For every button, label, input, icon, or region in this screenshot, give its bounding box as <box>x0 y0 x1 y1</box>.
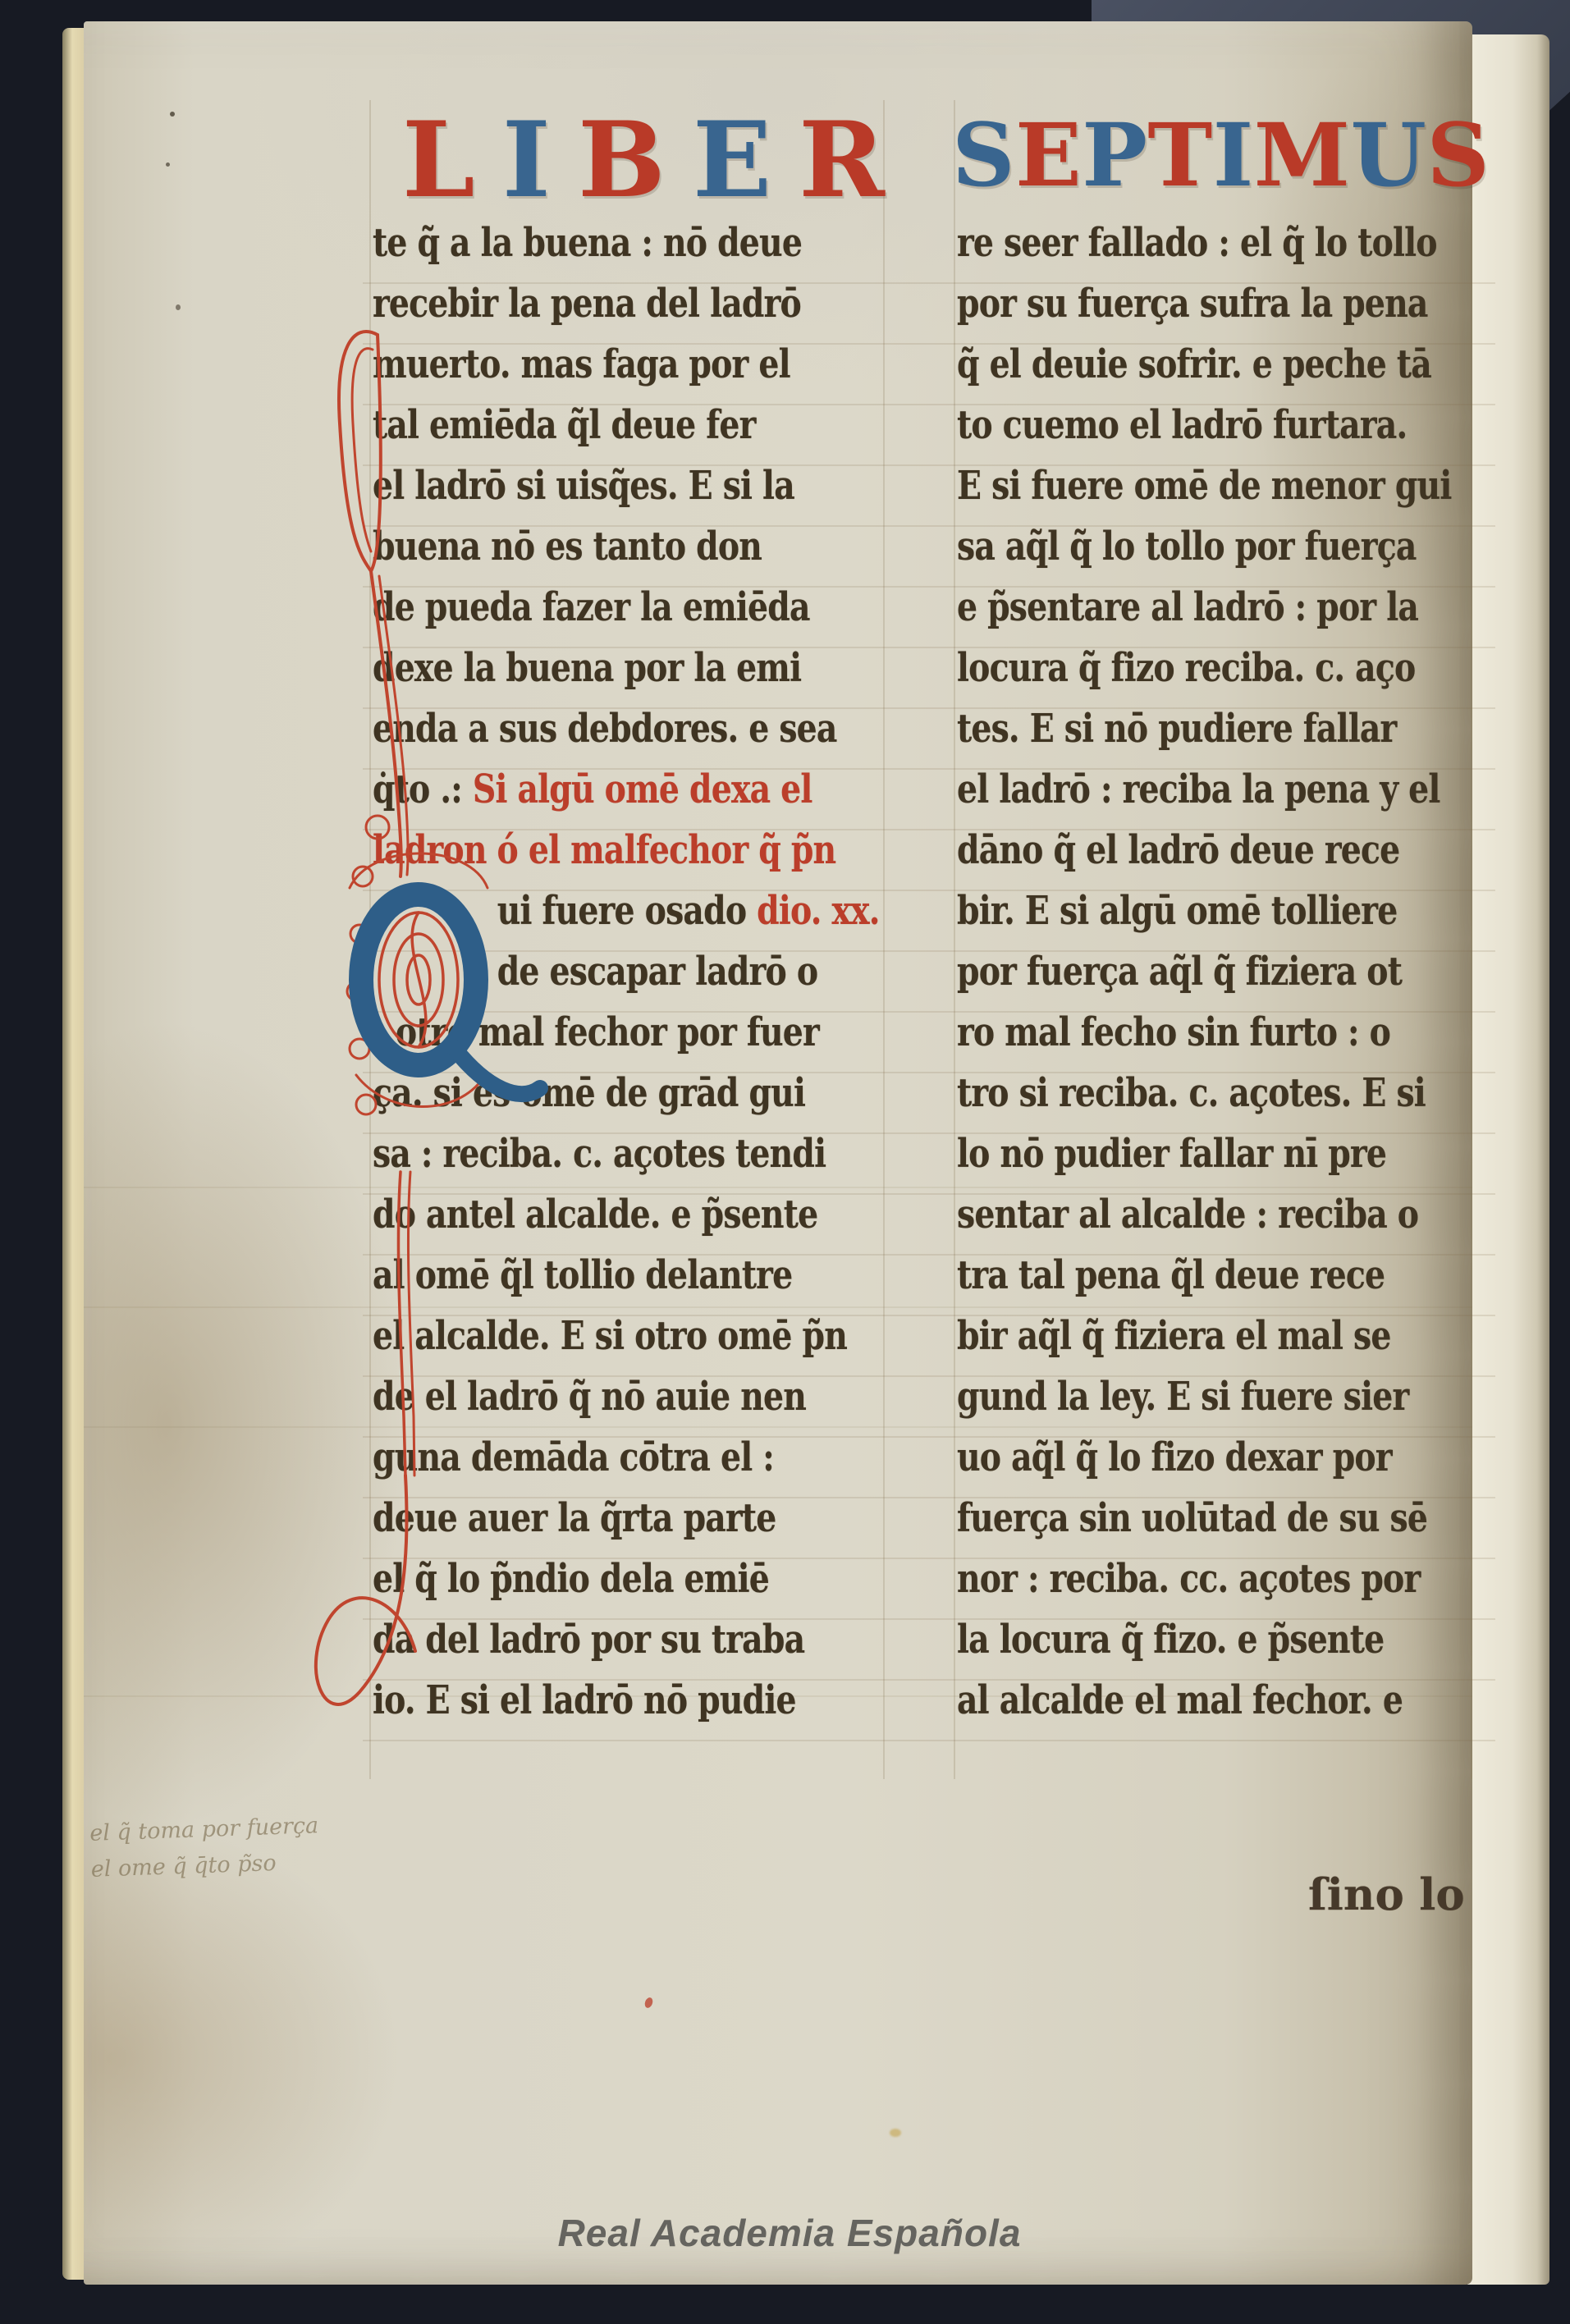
body-text: sa aq̃l q̃ lo tollo por fuerça <box>957 524 1417 570</box>
header-letter: M <box>1254 112 1350 199</box>
margin-note-line: el ome q̃ q̄to p̃so <box>90 1844 320 1888</box>
header-letter: S <box>952 112 1015 199</box>
body-text: to cuemo el ladrō furtara. <box>957 402 1407 448</box>
stain-speck <box>890 2129 901 2137</box>
text-line: por su fuerça sufra la pena <box>957 281 1482 341</box>
text-line: fuerça sin uolūtad de su sē <box>957 1495 1482 1556</box>
body-text: bir. E si algū omē tolliere <box>957 888 1397 934</box>
text-line: te q̃ a la buena : nō deue <box>373 220 884 281</box>
column-guide <box>954 100 955 1779</box>
header-letter: L <box>402 108 475 212</box>
body-text: al alcalde el mal fechor. e <box>957 1677 1403 1723</box>
body-text: bir aq̃l q̃ fiziera el mal se <box>957 1313 1391 1359</box>
library-watermark: Real Academia Española <box>543 2211 1036 2255</box>
dark-speck <box>170 112 175 117</box>
text-line: gund la ley. E si fuere sier <box>957 1374 1482 1434</box>
body-text: E si fuere omē de menor gui <box>957 463 1451 509</box>
text-column-right: re seer fallado : el q̃ lo tollopor su f… <box>957 220 1482 1738</box>
text-line: uo aq̃l q̃ lo fizo dexar por <box>957 1434 1482 1495</box>
header-letter: T <box>1147 112 1212 199</box>
initial-q <box>361 894 540 1094</box>
body-text: e p̃sentare al ladrō : por la <box>957 584 1418 630</box>
body-text: por su fuerça sufra la pena <box>957 281 1428 327</box>
body-text: por fuerça aq̃l q̃ fiziera ot <box>957 949 1402 995</box>
text-line: e p̃sentare al ladrō : por la <box>957 584 1482 645</box>
body-text: nor : reciba. cc. açotes por <box>957 1556 1420 1602</box>
body-text: re seer fallado : el q̃ lo tollo <box>957 220 1437 266</box>
header-letter: R <box>799 108 885 212</box>
dark-speck <box>166 162 170 167</box>
body-text: dāno q̃ el ladrō deue rece <box>957 827 1399 873</box>
body-text: sentar al alcalde : reciba o <box>957 1192 1418 1237</box>
text-line: q̃ el deuie sofrir. e peche tā <box>957 341 1482 402</box>
body-text: el ladrō : reciba la pena y el <box>957 766 1440 812</box>
running-title-liber: LIBER <box>402 108 885 212</box>
text-line: dāno q̃ el ladrō deue rece <box>957 827 1482 888</box>
text-line: la locura q̃ fizo. e p̃sente <box>957 1617 1482 1677</box>
text-line: re seer fallado : el q̃ lo tollo <box>957 220 1482 281</box>
text-line: E si fuere omē de menor gui <box>957 463 1482 524</box>
text-line: tro si reciba. c. açotes. E si <box>957 1070 1482 1131</box>
text-line: bir aq̃l q̃ fiziera el mal se <box>957 1313 1482 1374</box>
text-line: bir. E si algū omē tolliere <box>957 888 1482 949</box>
text-line: sa aq̃l q̃ lo tollo por fuerça <box>957 524 1482 584</box>
rubric-text: dio. xx. <box>757 888 880 934</box>
catchword: ſino lo <box>1308 1869 1465 1920</box>
header-letter: I <box>1213 112 1254 199</box>
text-line: el ladrō : reciba la pena y el <box>957 766 1482 827</box>
margin-note: el q̃ toma por fuerça el ome q̃ q̄to p̃s… <box>89 1808 321 1888</box>
header-letter: I <box>502 108 551 212</box>
body-text: uo aq̃l q̃ lo fizo dexar por <box>957 1434 1392 1480</box>
body-text: lo nō pudier fallar nī pre <box>957 1131 1386 1177</box>
text-line: por fuerça aq̃l q̃ fiziera ot <box>957 949 1482 1009</box>
running-title-septimus: SEPTIMUS <box>952 112 1490 199</box>
header-letter: B <box>578 108 666 212</box>
body-text: fuerça sin uolūtad de su sē <box>957 1495 1427 1541</box>
body-text: tra tal pena q̃l deue rece <box>957 1252 1385 1298</box>
header-letter: E <box>1015 112 1082 199</box>
text-line: nor : reciba. cc. açotes por <box>957 1556 1482 1617</box>
text-line: tes. E si nō pudiere fallar <box>957 706 1482 766</box>
body-text: te q̃ a la buena : nō deue <box>373 220 802 266</box>
parchment-page: LIBER SEPTIMUS te q̃ a la buena : nō deu… <box>84 21 1472 2285</box>
manuscript-photo: LIBER SEPTIMUS te q̃ a la buena : nō deu… <box>0 0 1570 2324</box>
text-line: ro mal fecho sin furto : o <box>957 1009 1482 1070</box>
red-ink-speck <box>643 1997 654 2009</box>
header-letter: E <box>693 108 771 212</box>
body-text: gund la ley. E si fuere sier <box>957 1374 1408 1420</box>
header-letter: U <box>1351 112 1426 199</box>
text-line: tra tal pena q̃l deue rece <box>957 1252 1482 1313</box>
body-text: tro si reciba. c. açotes. E si <box>957 1070 1426 1116</box>
body-text: q̃ el deuie sofrir. e peche tā <box>957 341 1431 387</box>
text-line: lo nō pudier fallar nī pre <box>957 1131 1482 1192</box>
body-text: tes. E si nō pudiere fallar <box>957 706 1396 752</box>
body-text: locura q̃ fizo reciba. c. aço <box>957 645 1415 691</box>
header-letter: P <box>1082 112 1147 199</box>
dark-speck <box>176 304 181 310</box>
body-text: ro mal fecho sin furto : o <box>957 1009 1390 1055</box>
text-line: sentar al alcalde : reciba o <box>957 1192 1482 1252</box>
body-text: la locura q̃ fizo. e p̃sente <box>957 1617 1384 1663</box>
text-line: to cuemo el ladrō furtara. <box>957 402 1482 463</box>
text-line: locura q̃ fizo reciba. c. aço <box>957 645 1482 706</box>
initial-q-with-penwork <box>281 300 560 1769</box>
header-letter: S <box>1426 112 1490 199</box>
text-line: al alcalde el mal fechor. e <box>957 1677 1482 1738</box>
